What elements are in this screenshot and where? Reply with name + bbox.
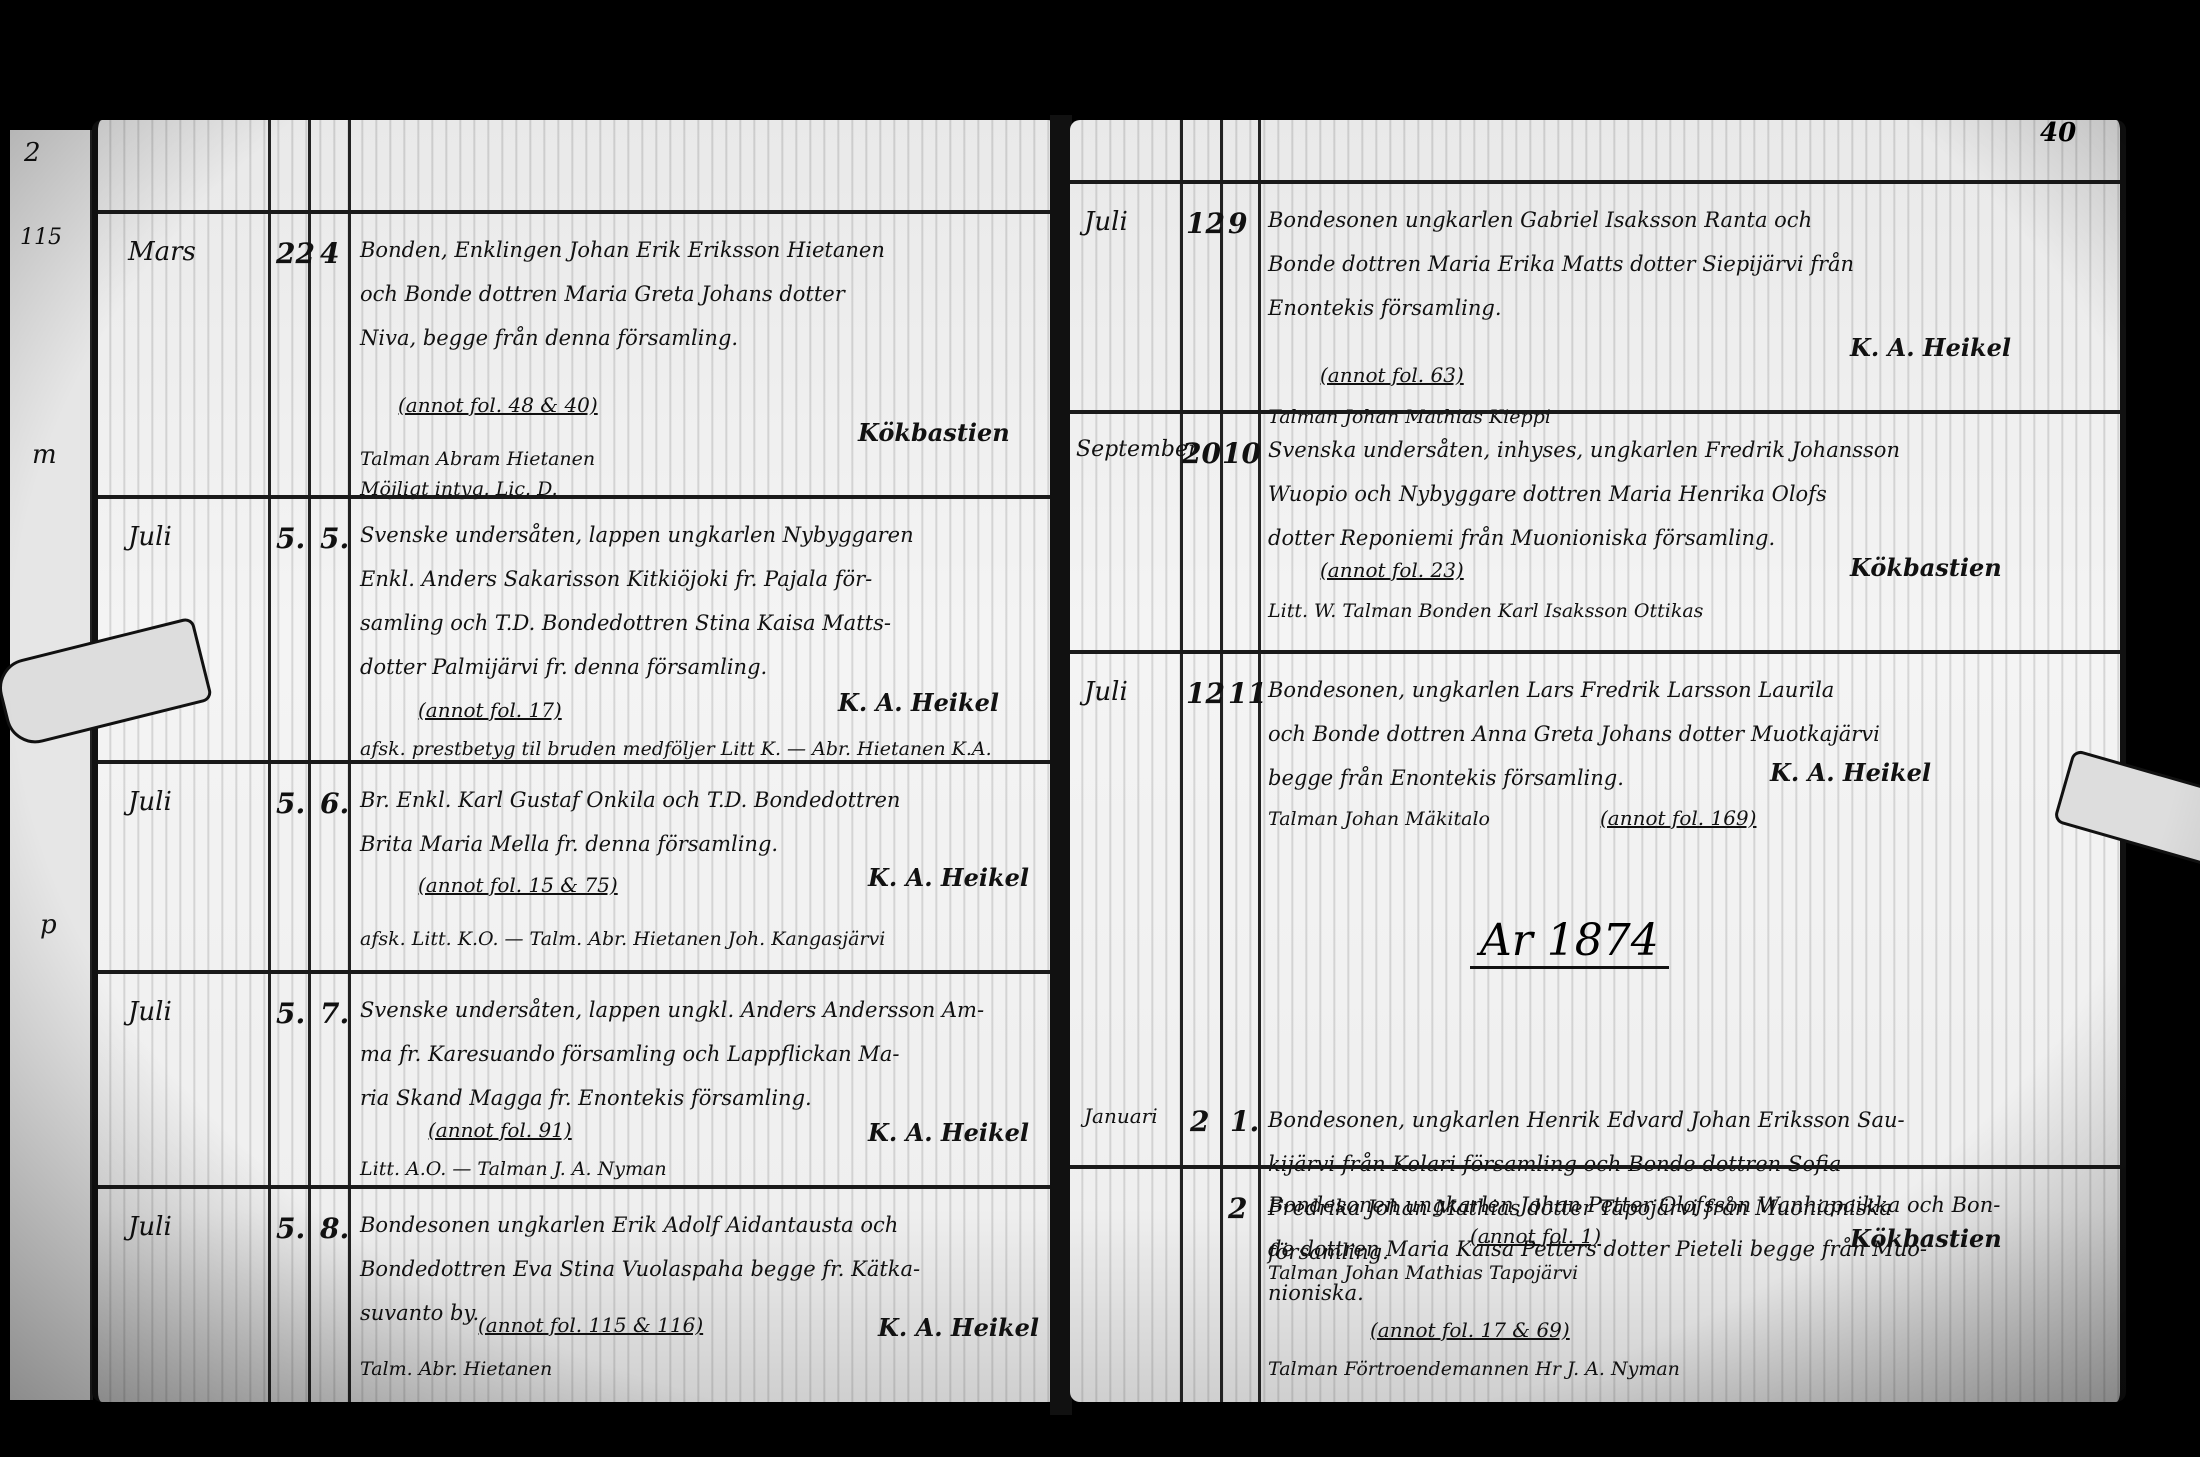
entry-text: Bondesonen ungkarlen Johan Petter Olofss… (1268, 1183, 2108, 1315)
entry-number: 2 (1228, 1187, 1247, 1232)
entry-text: Svenska undersåten, inhyses, ungkarlen F… (1268, 428, 2088, 560)
entry-text: Bondesonen, ungkarlen Lars Fredrik Larss… (1268, 668, 2088, 800)
entry-witness: afsk. Litt. K.O. — Talm. Abr. Hietanen J… (360, 924, 885, 954)
entry-day: 12 (1186, 202, 1225, 247)
entry-annotation: (annot fol. 91) (428, 1114, 572, 1146)
entry-day: 2 (1190, 1100, 1209, 1145)
entry-month: Juli (1084, 202, 1128, 244)
entry-number: 5. (320, 517, 349, 562)
entry-month: Mars (128, 232, 196, 274)
entry-number: 8. (320, 1207, 349, 1252)
margin-note: 2 (24, 138, 41, 168)
entry-witness: Talman Johan Mäkitalo (1268, 804, 1490, 834)
entry-day: 5. (276, 782, 305, 827)
entry-month: Januari (1084, 1100, 1158, 1132)
register-entry: September 20 10 Svenska undersåten, inhy… (1070, 410, 2120, 654)
entry-day: 5. (276, 517, 305, 562)
entry-signature: K. A. Heikel (838, 684, 999, 722)
register-entry: Juli 12 11 Bondesonen, ungkarlen Lars Fr… (1070, 650, 2120, 864)
entry-annotation: (annot fol. 17 & 69) (1370, 1314, 1570, 1346)
entry-witness: Litt. W. Talman Bonden Karl Isaksson Ott… (1268, 596, 1703, 626)
right-page: 40 Juli 12 9 Bondesonen ungkarlen Gabrie… (1070, 120, 2126, 1402)
entry-signature: K. A. Heikel (878, 1309, 1039, 1347)
entry-month: Juli (1084, 672, 1128, 714)
entry-annotation: (annot fol. 15 & 75) (418, 869, 618, 901)
entry-signature: K. A. Heikel (868, 859, 1029, 897)
entry-number: 10 (1222, 432, 1261, 477)
entry-signature: K. A. Heikel (1770, 754, 1931, 792)
year-heading: Ar 1874 (1470, 915, 1669, 969)
register-entry: Juli 5. 7. Svenske undersåten, lappen un… (98, 970, 1058, 1189)
entry-number: 9 (1228, 202, 1247, 247)
entry-number: 1. (1230, 1100, 1259, 1145)
entry-annotation: (annot fol. 17) (418, 694, 562, 726)
entry-signature: K. A. Heikel (868, 1114, 1029, 1152)
left-margin-strip: 2 115 m p (10, 130, 93, 1400)
entry-text: Svenske undersåten, lappen ungkl. Anders… (360, 988, 1050, 1120)
entry-number: 11 (1228, 672, 1267, 717)
left-page: Mars 22 4 Bonden, Enklingen Johan Erik E… (92, 120, 1058, 1402)
entry-day: 22 (276, 232, 315, 277)
entry-signature: Kökbastien (1850, 549, 2002, 587)
entry-day: 5. (276, 992, 305, 1037)
entry-day: 5. (276, 1207, 305, 1252)
entry-month: Juli (128, 1207, 172, 1249)
entry-month: September (1076, 432, 1199, 467)
entry-day: 20 (1182, 432, 1221, 477)
register-entry: Juli 5. 5. Svenske undersåten, lappen un… (98, 495, 1058, 784)
page-number: 40 (2040, 118, 2076, 148)
entry-signature: K. A. Heikel (1850, 329, 2011, 367)
book-gutter (1050, 115, 1072, 1415)
register-entry: Juli 5. 6. Br. Enkl. Karl Gustaf Onkila … (98, 760, 1058, 974)
entry-signature: Kökbastien (858, 414, 1010, 452)
entry-month: Juli (128, 992, 172, 1034)
margin-note: m (32, 440, 57, 470)
entry-number: 4 (320, 232, 339, 277)
entry-annotation: (annot fol. 48 & 40) (398, 389, 598, 421)
entry-witness: Litt. A.O. — Talman J. A. Nyman (360, 1154, 667, 1184)
entry-number: 7. (320, 992, 349, 1037)
entry-day: 12 (1186, 672, 1225, 717)
entry-annotation: (annot fol. 63) (1320, 359, 1464, 391)
register-entry: Juli 5. 8. Bondesonen ungkarlen Erik Ado… (98, 1185, 1058, 1404)
margin-note: 115 (20, 225, 62, 250)
entry-witness: Talm. Abr. Hietanen (360, 1354, 552, 1384)
entry-number: 6. (320, 782, 349, 827)
entry-annotation: (annot fol. 115 & 116) (478, 1309, 703, 1341)
register-entry: 2 Bondesonen ungkarlen Johan Petter Olof… (1070, 1165, 2120, 1399)
entry-text: Bondesonen ungkarlen Gabriel Isaksson Ra… (1268, 198, 2088, 330)
entry-annotation: (annot fol. 23) (1320, 554, 1464, 586)
margin-note: p (40, 910, 57, 940)
entry-annotation: (annot fol. 169) (1600, 802, 1756, 834)
entry-text: Br. Enkl. Karl Gustaf Onkila och T.D. Bo… (360, 778, 1050, 866)
entry-text: Svenske undersåten, lappen ungkarlen Nyb… (360, 513, 1050, 689)
entry-witness: Talman Förtroendemannen Hr J. A. Nyman (1268, 1354, 1680, 1384)
entry-month: Juli (128, 517, 172, 559)
entry-text: Bonden, Enklingen Johan Erik Eriksson Hi… (360, 228, 1020, 360)
entry-month: Juli (128, 782, 172, 824)
